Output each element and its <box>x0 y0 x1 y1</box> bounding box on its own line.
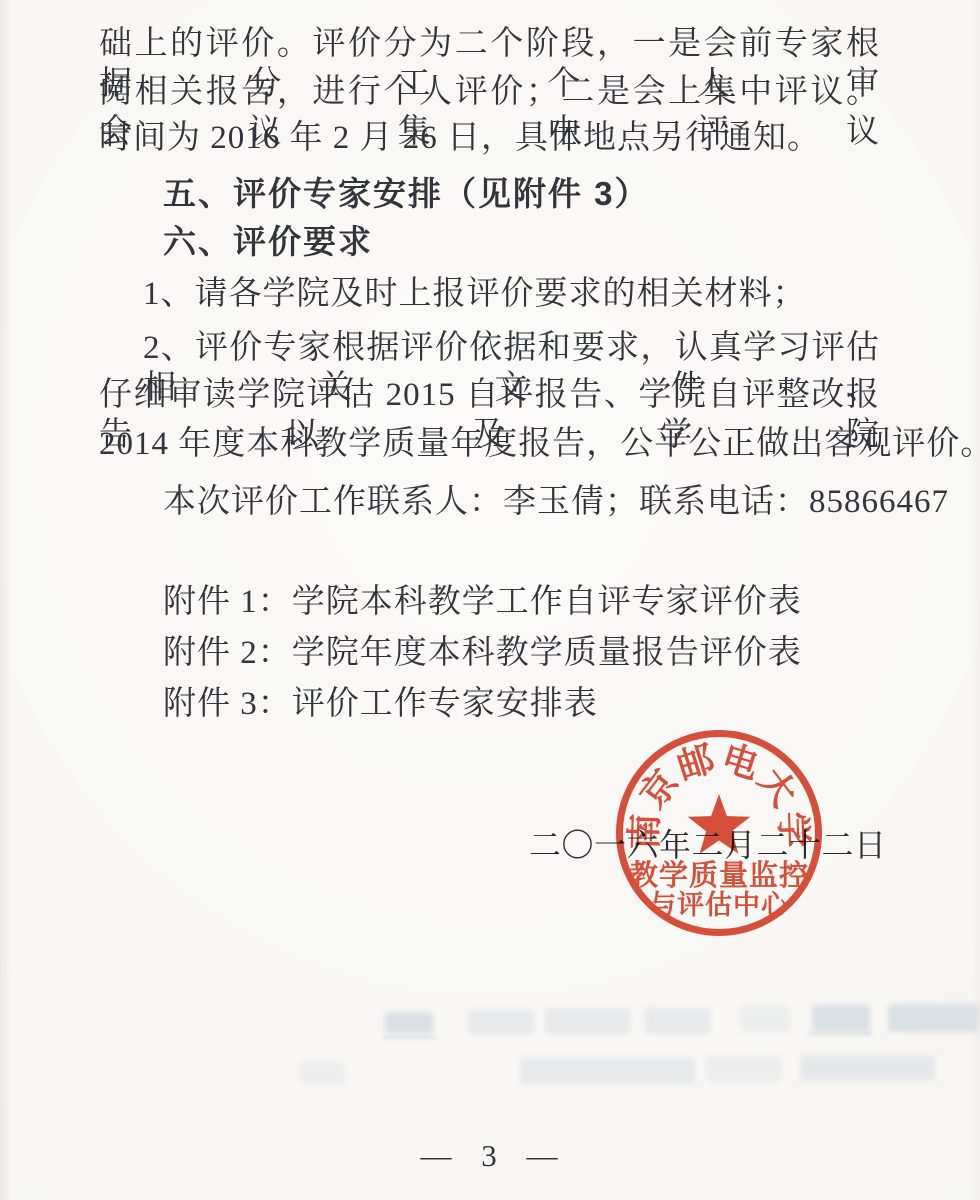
paragraph-line: 时间为 2016 年 2 月 26 日，具体地点另行通知。 <box>99 118 821 158</box>
attachment-line-2: 附件 2：学院年度本科教学质量报告评价表 <box>163 633 802 673</box>
bleed-through-smudge <box>888 1004 978 1032</box>
attachment-line-1: 附件 1：学院本科教学工作自评专家评价表 <box>163 582 802 622</box>
requirement-item-1: 1、请各学院及时上报评价要求的相关材料； <box>143 274 807 314</box>
bleed-through-smudge <box>812 1005 870 1031</box>
bleed-through-smudge <box>468 1010 534 1034</box>
date-line: 二〇一六年二月二十二日 <box>529 820 887 866</box>
attachment-line-3: 附件 3：评价工作专家安排表 <box>163 684 598 724</box>
bleed-through-smudge <box>706 1056 781 1082</box>
bleed-through-smudge <box>800 1055 935 1081</box>
bleed-through-rule <box>808 1032 872 1035</box>
bleed-through-smudge <box>385 1012 433 1034</box>
bleed-through-smudge <box>520 1058 695 1084</box>
bleed-through-rule <box>382 1036 436 1039</box>
bleed-through-smudge <box>300 1062 345 1084</box>
contact-line: 本次评价工作联系人：李玉倩；联系电话：85866467 <box>163 482 949 522</box>
seal-department-line2: 与评估中心 <box>649 890 789 920</box>
bleed-through-smudge <box>740 1006 790 1032</box>
requirement-item-2-continued: 2014 年度本科教学质量年度报告，公平公正做出客观评价。 <box>99 424 980 464</box>
page-number: — 3 — <box>0 1138 980 1174</box>
bleed-through-smudge <box>645 1008 710 1034</box>
section-heading-5: 五、评价专家安排（见附件 3） <box>163 174 650 214</box>
section-heading-6: 六、评价要求 <box>163 222 373 262</box>
bleed-through-smudge <box>545 1008 630 1034</box>
